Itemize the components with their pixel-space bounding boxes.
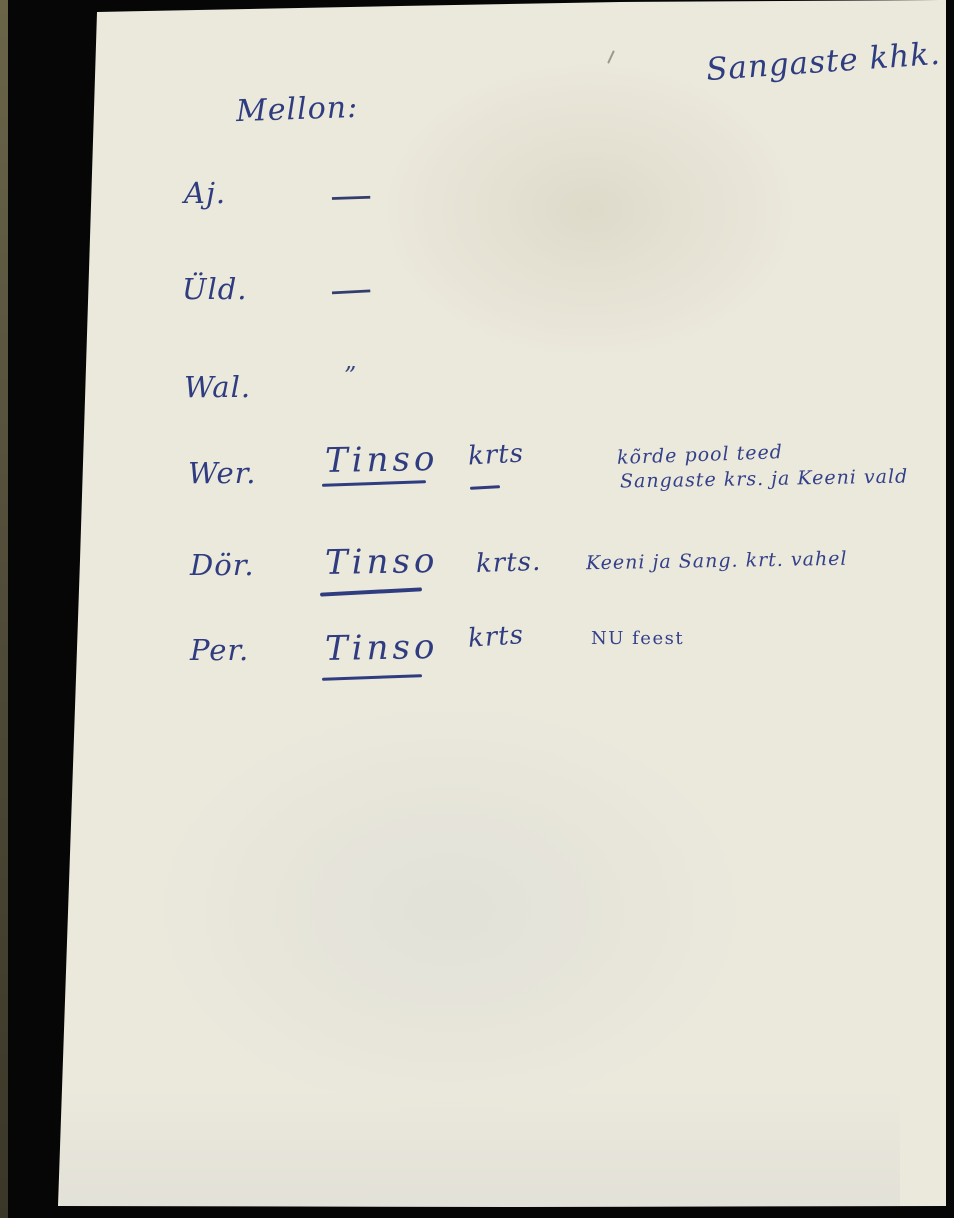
row-note-wer-line2: Sangaste krs. ja Keeni vald bbox=[620, 465, 909, 492]
row-value-ditto-mark-wal: ” bbox=[344, 362, 357, 390]
row-value-dash-uld: — bbox=[329, 263, 375, 314]
header-parish-note: Sangaste khk. bbox=[705, 36, 942, 88]
paper-texture-blotch bbox=[60, 1090, 900, 1210]
row-suffix-krts-per: krts bbox=[467, 620, 525, 654]
underline-tinso-per bbox=[322, 674, 422, 680]
paper-texture-blotch bbox=[380, 60, 800, 360]
paper-sheet: Sangaste khk. Mellon: Aj. — Üld. — Wal. … bbox=[0, 0, 954, 1218]
row-label-wer: Wer. bbox=[188, 456, 257, 490]
row-label-wal: Wal. bbox=[184, 370, 251, 404]
scanner-edge-strip bbox=[0, 0, 8, 1218]
row-label-per: Per. bbox=[190, 633, 249, 667]
row-note-per: NU feest bbox=[591, 628, 684, 649]
scanned-document: { "document": { "header_note": "Sangaste… bbox=[0, 0, 954, 1218]
row-suffix-krts-dor: krts. bbox=[475, 547, 541, 579]
row-value-dash-aj: — bbox=[329, 169, 374, 219]
paper-texture-blotch bbox=[150, 700, 750, 1120]
row-note-dor: Keeni ja Sang. krt. vahel bbox=[586, 548, 848, 575]
row-value-tinso-wer: Tinso bbox=[325, 439, 439, 481]
row-value-tinso-dor: Tinso bbox=[325, 541, 439, 583]
row-value-tinso-per: Tinso bbox=[325, 627, 439, 669]
page-title: Mellon: bbox=[235, 90, 358, 129]
row-label-dor: Dör. bbox=[190, 548, 255, 582]
row-label-uld: Üld. bbox=[182, 272, 248, 306]
underline-tinso-wer bbox=[322, 480, 426, 487]
row-label-aj: Aj. bbox=[184, 176, 226, 210]
underline-krts-wer bbox=[470, 485, 500, 490]
row-suffix-krts-wer: krts bbox=[467, 439, 524, 472]
underline-tinso-dor bbox=[320, 587, 422, 596]
row-note-wer-line1: kõrde pool teed bbox=[617, 441, 784, 469]
pencil-stray-mark bbox=[607, 50, 615, 64]
